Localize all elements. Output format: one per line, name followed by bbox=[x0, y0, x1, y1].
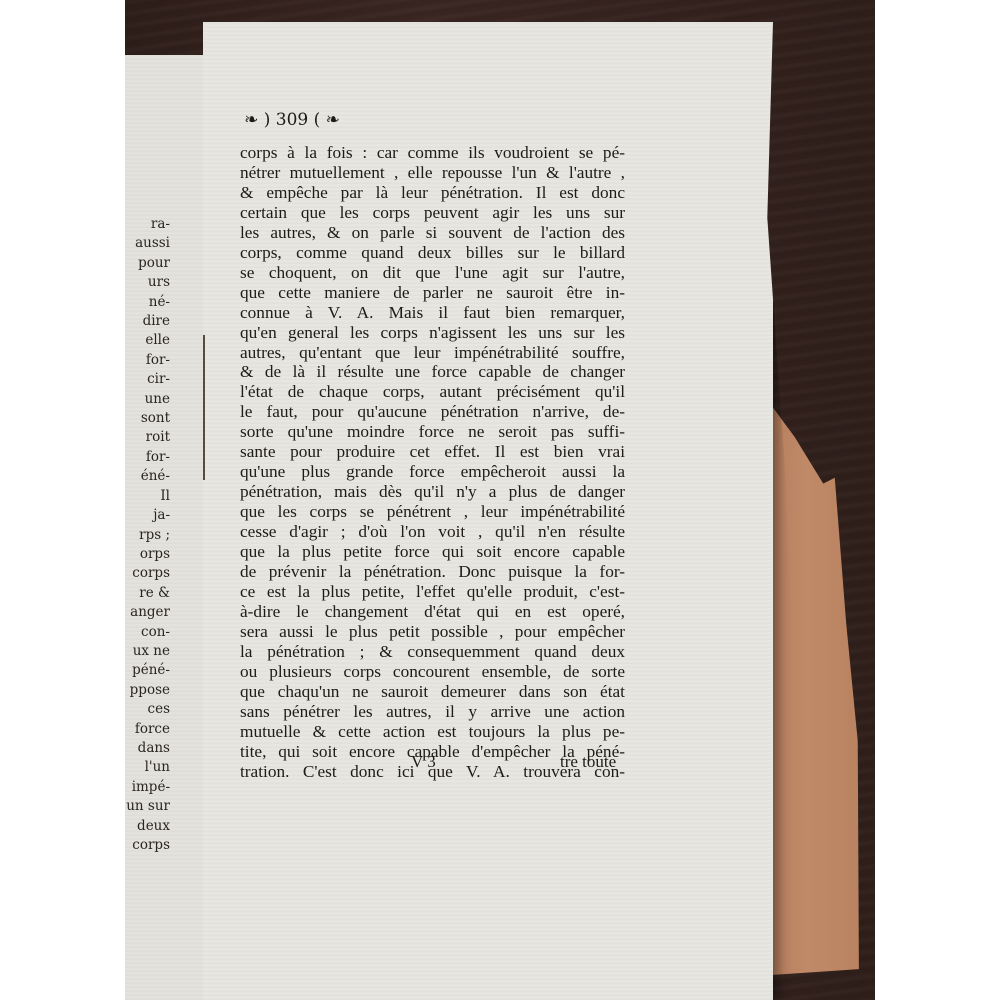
fragment: ja- bbox=[125, 506, 170, 525]
fragment: corps bbox=[125, 564, 170, 583]
fragment: roit bbox=[125, 428, 170, 447]
text-line: sorte qu'une moindre force ne seroit pas… bbox=[240, 422, 625, 442]
fragment: rps ; bbox=[125, 526, 170, 545]
text-line: sante pour produire cet effet. Il est bi… bbox=[240, 442, 625, 462]
text-line: les autres, & on parle si souvent de l'a… bbox=[240, 223, 625, 243]
left-page: ra- aussi pour urs né- dire elle for- ci… bbox=[125, 55, 210, 1000]
text-line: sera aussi le plus petit possible , pour… bbox=[240, 622, 625, 642]
text-line: mutuelle & cette action est toujours la … bbox=[240, 722, 625, 742]
fragment: elle bbox=[125, 331, 170, 350]
text-line: ou plusieurs corps concourent ensemble, … bbox=[240, 662, 625, 682]
fragment: sont bbox=[125, 409, 170, 428]
page-number-header: ❧ ) 309 ( ❧ bbox=[232, 110, 352, 130]
text-line: que la plus petite force qui soit encore… bbox=[240, 542, 625, 562]
fragment: impé- bbox=[125, 778, 170, 797]
fragment: dire bbox=[125, 312, 170, 331]
text-line: qu'une plus grande force empêcheroit aus… bbox=[240, 462, 625, 482]
fragment: né- bbox=[125, 293, 170, 312]
fragment: ppose bbox=[125, 681, 170, 700]
fragment: ra- bbox=[125, 215, 170, 234]
fragment: con- bbox=[125, 623, 170, 642]
fragment: une bbox=[125, 390, 170, 409]
body-text: corps à la fois : car comme ils voudroie… bbox=[240, 143, 625, 782]
fragment: cir- bbox=[125, 370, 170, 389]
text-line: ce est la plus petite, l'effet qu'elle p… bbox=[240, 582, 625, 602]
fragment: anger bbox=[125, 603, 170, 622]
text-line: que cette maniere de parler ne sauroit ê… bbox=[240, 283, 625, 303]
fragment: Il bbox=[125, 487, 170, 506]
fragment: for- bbox=[125, 448, 170, 467]
text-line: que chaqu'un ne sauroit demeurer dans so… bbox=[240, 682, 625, 702]
text-line: l'état de chaque corps, autant préciséme… bbox=[240, 382, 625, 402]
catchword: tre toute bbox=[560, 752, 616, 772]
text-line: la pénétration ; & consequemment quand d… bbox=[240, 642, 625, 662]
fragment: pour bbox=[125, 254, 170, 273]
text-line: & de là il résulte une force capable de … bbox=[240, 362, 625, 382]
fragment: corps bbox=[125, 836, 170, 855]
text-line: certain que les corps peuvent agir les u… bbox=[240, 203, 625, 223]
signature-mark: V 3 bbox=[411, 752, 436, 772]
text-line: le faut, pour qu'aucune pénétration n'ar… bbox=[240, 402, 625, 422]
text-line: à-dire le changement d'état qui en est o… bbox=[240, 602, 625, 622]
fragment: for- bbox=[125, 351, 170, 370]
fragment: deux bbox=[125, 817, 170, 836]
fragment: ux ne bbox=[125, 642, 170, 661]
text-line: corps, comme quand deux billes sur le bi… bbox=[240, 243, 625, 263]
left-page-text-fragments: ra- aussi pour urs né- dire elle for- ci… bbox=[125, 215, 170, 855]
text-line: cesse d'agir ; d'où l'on voit , qu'il n'… bbox=[240, 522, 625, 542]
text-line: & empêche par là leur pénétration. Il es… bbox=[240, 183, 625, 203]
text-line: sans pénétrer les autres, il y arrive un… bbox=[240, 702, 625, 722]
fragment: péné- bbox=[125, 661, 170, 680]
text-line: corps à la fois : car comme ils voudroie… bbox=[240, 143, 625, 163]
text-line: que les corps se pénétrent , leur impéné… bbox=[240, 502, 625, 522]
text-line: qu'en general les corps n'agissent les u… bbox=[240, 323, 625, 343]
fragment: dans bbox=[125, 739, 170, 758]
text-line: connue à V. A. Mais il faut bien remarqu… bbox=[240, 303, 625, 323]
text-line: nétrer mutuellement , elle repousse l'un… bbox=[240, 163, 625, 183]
fragment: aussi bbox=[125, 234, 170, 253]
text-line: de prévenir la pénétration. Donc puisque… bbox=[240, 562, 625, 582]
fragment: un sur bbox=[125, 797, 170, 816]
fragment: force bbox=[125, 720, 170, 739]
text-line: pénétration, mais dès qu'il n'y a plus d… bbox=[240, 482, 625, 502]
text-line: autres, qu'entant que leur impénétrabili… bbox=[240, 343, 625, 363]
fragment: orps bbox=[125, 545, 170, 564]
text-line: se choquent, on dit que l'une agit sur l… bbox=[240, 263, 625, 283]
fragment: ces bbox=[125, 700, 170, 719]
fragment: l'un bbox=[125, 758, 170, 777]
fold-crease-mark bbox=[203, 335, 205, 480]
fragment: urs bbox=[125, 273, 170, 292]
fragment: éné- bbox=[125, 467, 170, 486]
fragment: re & bbox=[125, 584, 170, 603]
